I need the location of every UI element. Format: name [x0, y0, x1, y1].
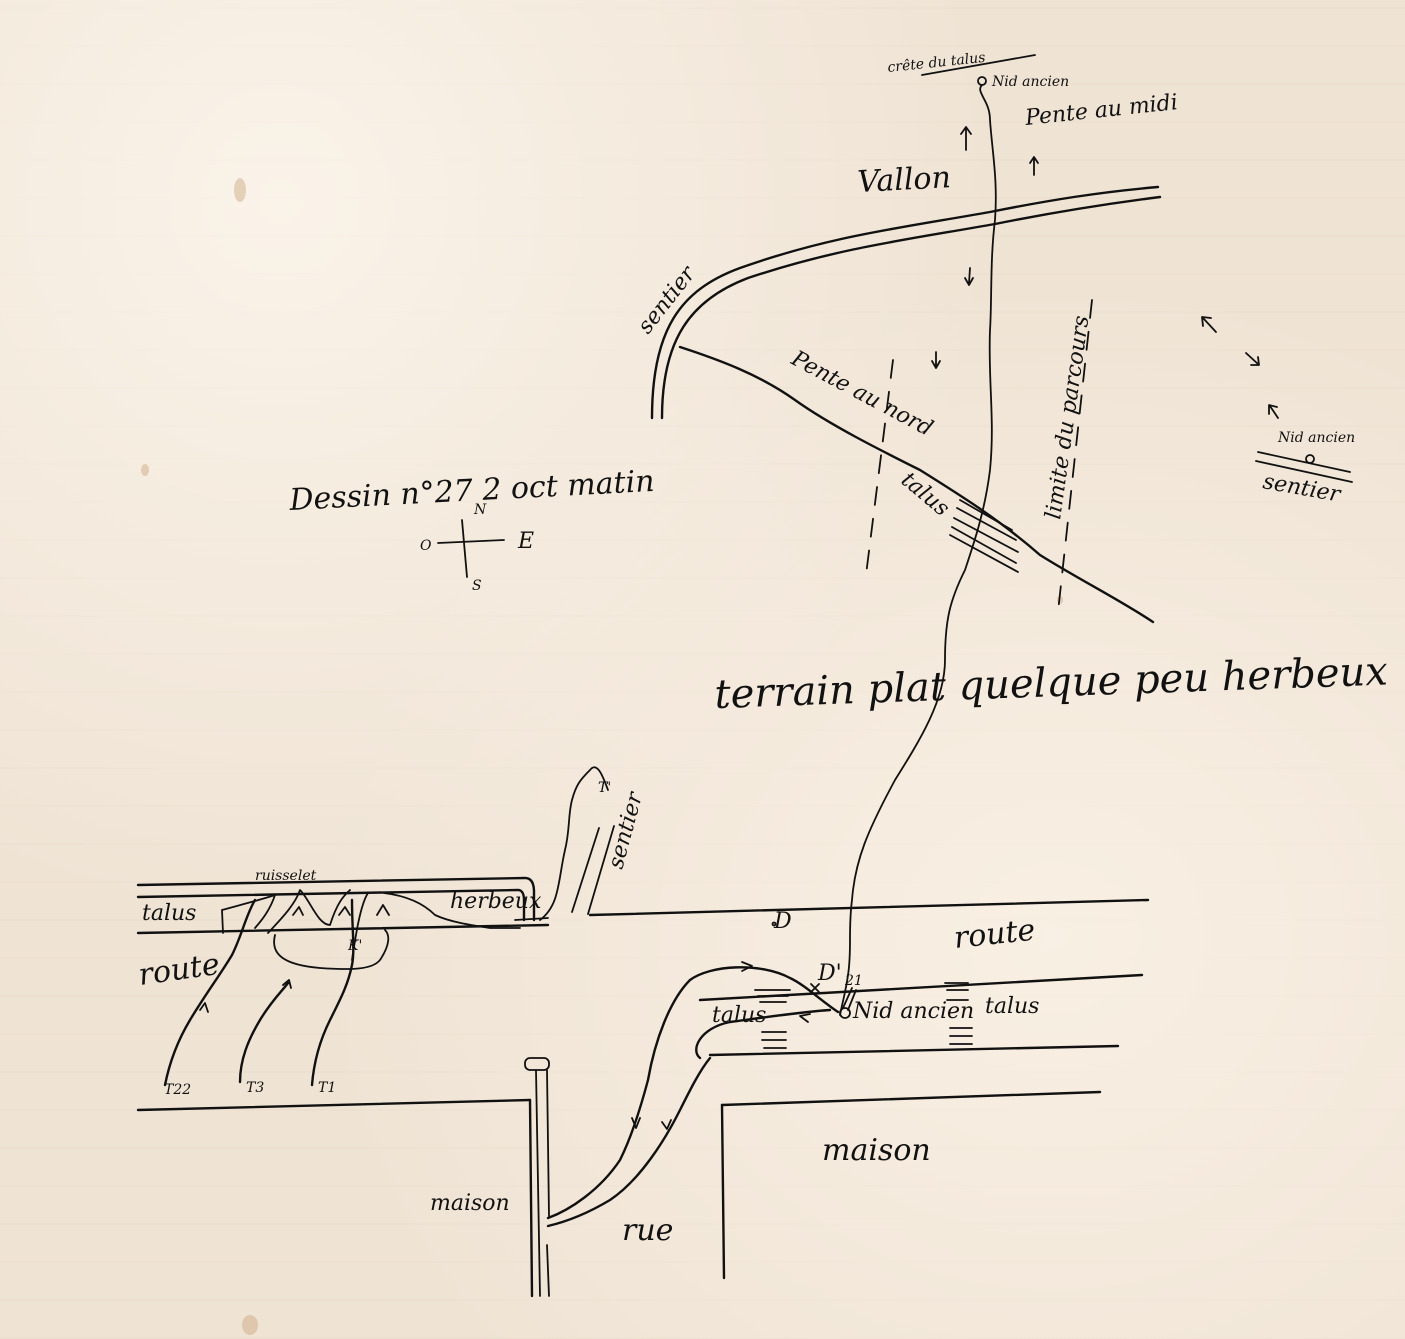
label-ruisselet: ruisselet [255, 868, 317, 884]
label-nid-ancien-right: Nid ancien [1277, 430, 1355, 446]
label-talus-bottom-right: talus [985, 994, 1039, 1019]
hand-drawn-map: crête du talus Nid ancien Pente au midi … [0, 0, 1405, 1339]
label-point-21: 21 [844, 973, 863, 989]
maison-right-roofline [722, 1092, 1100, 1105]
label-pente-au-nord: Pente au nord [786, 346, 936, 442]
label-point-d-prime: D' [817, 961, 842, 986]
label-track-t3: T3 [246, 1080, 264, 1096]
label-track-t1: T1 [318, 1080, 336, 1096]
label-route-right: route [952, 913, 1037, 956]
nid-ancien-top-marker [978, 77, 986, 85]
gate-post [536, 1070, 549, 1296]
label-sentier-right: sentier [1261, 469, 1344, 507]
maison-left-roofline [138, 1100, 530, 1110]
label-t-prime: T' [598, 780, 611, 796]
gate-post-cap [525, 1058, 549, 1070]
arrow-up-icon [1030, 157, 1038, 175]
compass-south: S [472, 578, 482, 594]
arrow-down-icon [932, 352, 940, 368]
maison-right-wall [722, 1105, 724, 1278]
sentier-right-path [1258, 452, 1350, 472]
arrow-nw-icon [1269, 405, 1278, 418]
label-talus-upper: talus [896, 467, 954, 521]
label-nid-ancien-bottom: Nid ancien [852, 999, 974, 1024]
sentier-upper-path-inner [662, 197, 1160, 418]
label-route-left: route [136, 947, 222, 993]
label-maison-left: maison [430, 1191, 510, 1216]
label-herbeux: herbeux [450, 889, 542, 914]
label-point-d: D [773, 909, 792, 934]
map-sheet: crête du talus Nid ancien Pente au midi … [0, 0, 1405, 1339]
flight-path-loop [548, 967, 838, 1218]
arrow-nw-icon [1202, 317, 1216, 332]
track-t3 [240, 983, 288, 1082]
compass-east: E [517, 529, 534, 554]
label-maison-right: maison [822, 1133, 931, 1168]
track-t22 [165, 900, 255, 1085]
label-rue: rue [622, 1213, 673, 1248]
label-limite-du-parcours: limite du parcours [1041, 314, 1094, 521]
compass-west: O [420, 538, 432, 554]
label-pente-au-midi: Pente au midi [1023, 90, 1179, 131]
label-sentier-upper: sentier [633, 261, 702, 339]
track-arrowheads [200, 905, 389, 1012]
label-k-prime: K' [347, 938, 362, 954]
label-talus-bottom-left: talus [712, 1003, 766, 1028]
maison-left-wall [530, 1100, 532, 1296]
arrow-up-icon [961, 127, 971, 150]
label-terrain-plat: terrain plat quelque peu herbeux [714, 649, 1389, 718]
arrow-se-icon [1246, 353, 1259, 365]
route-upper-edge-left [138, 925, 548, 933]
label-nid-ancien-top: Nid ancien [991, 74, 1069, 90]
arrow-down-icon [965, 268, 973, 285]
label-track-t22: T22 [164, 1082, 191, 1098]
page-title: Dessin n°27 2 oct matin [288, 464, 656, 518]
label-vallon: Vallon [857, 160, 952, 200]
compass-rose [438, 520, 504, 577]
sentier-lower-path [572, 828, 599, 912]
label-talus-left: talus [142, 901, 196, 926]
nid-ancien-right-marker [1306, 455, 1314, 463]
compass-north: N [473, 502, 487, 518]
label-sentier-lower: sentier [604, 788, 649, 871]
route-upper-edge-right [590, 900, 1148, 915]
